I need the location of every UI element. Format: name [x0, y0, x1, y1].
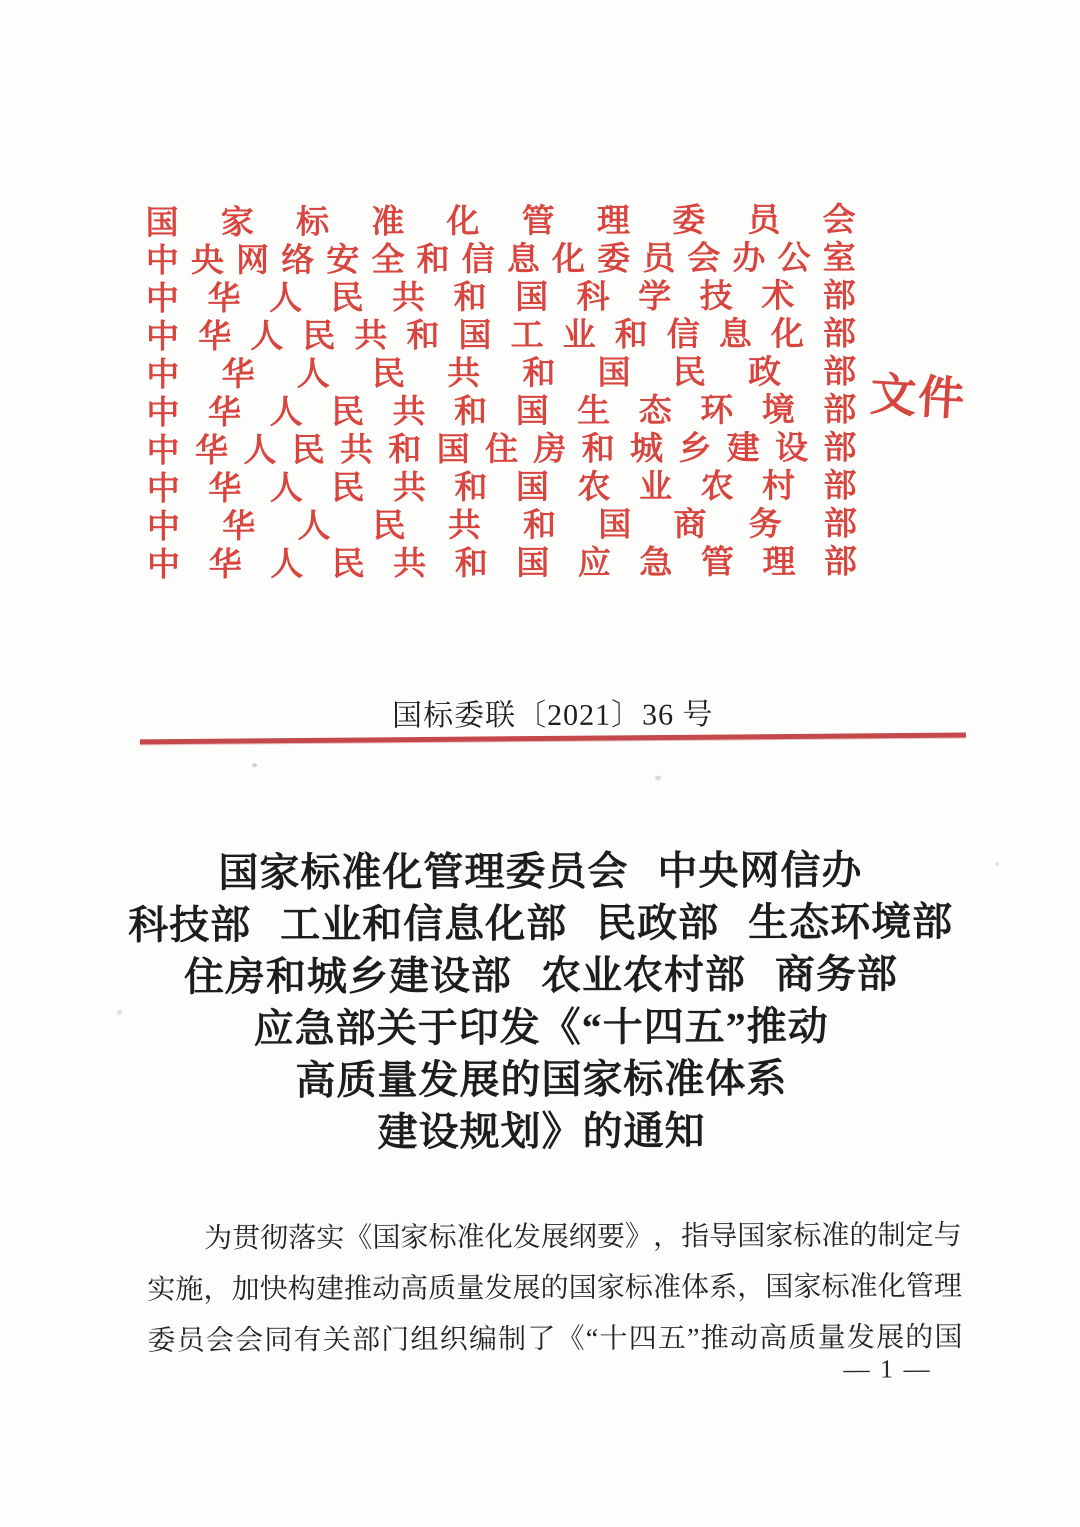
agency-name: 中华人民共和国商务部 [147, 506, 857, 547]
scanned-sheet: 国家标准化管理委员会 中央网络安全和信息化委员会办公室 中华人民共和国科学技术部… [0, 0, 1080, 1527]
agency-name: 中华人民共和国工业和信息化部 [146, 316, 856, 357]
title-line: 国家标准化管理委员会 中央网信办 [0, 844, 1080, 901]
body-paragraph: 为贯彻落实《国家标准化发展纲要》，指导国家标准的制定与 实施，加快构建推动高质量… [147, 1210, 963, 1367]
agency-name: 国家标准化管理委员会 [146, 202, 856, 243]
title-line: 科技部 工业和信息化部 民政部 生态环境部 [1, 896, 1080, 953]
scan-speck [252, 763, 257, 767]
document-page: 国家标准化管理委员会 中央网络安全和信息化委员会办公室 中华人民共和国科学技术部… [0, 0, 1080, 1527]
document-number: 国标委联〔2021〕36 号 [13, 688, 1080, 737]
title-line: 建设规划》的通知 [1, 1104, 1080, 1161]
page-number: — 1 — [838, 1354, 938, 1384]
body-line: 实施，加快构建推动高质量发展的国家标准体系，国家标准化管理 [147, 1261, 962, 1316]
agency-name: 中华人民共和国科学技术部 [146, 278, 856, 319]
letterhead: 国家标准化管理委员会 中央网络安全和信息化委员会办公室 中华人民共和国科学技术部… [0, 0, 1077, 2]
title-line: 住房和城乡建设部 农业农村部 商务部 [1, 948, 1080, 1005]
scan-speck [655, 775, 661, 780]
scan-speck [995, 862, 999, 866]
agency-list: 国家标准化管理委员会 中央网络安全和信息化委员会办公室 中华人民共和国科学技术部… [146, 202, 858, 585]
title-line: 应急部关于印发《“十四五”推动 [1, 1000, 1080, 1057]
agency-name: 中央网络安全和信息化委员会办公室 [146, 240, 856, 281]
agency-name: 中华人民共和国生态环境部 [146, 392, 856, 433]
agency-name: 中华人民共和国农业农村部 [147, 468, 857, 509]
title-line: 高质量发展的国家标准体系 [1, 1052, 1080, 1109]
agency-name: 中华人民共和国应急管理部 [147, 544, 857, 585]
document-title: 国家标准化管理委员会 中央网信办 科技部 工业和信息化部 民政部 生态环境部 住… [0, 844, 1080, 1161]
wenjian-label: 文件 [869, 358, 969, 429]
scan-speck [117, 1010, 122, 1015]
agency-name: 中华人民共和国住房和城乡建设部 [147, 430, 857, 471]
body-line: 为贯彻落实《国家标准化发展纲要》，指导国家标准的制定与 [147, 1210, 962, 1265]
agency-name: 中华人民共和国民政部 [146, 354, 856, 395]
